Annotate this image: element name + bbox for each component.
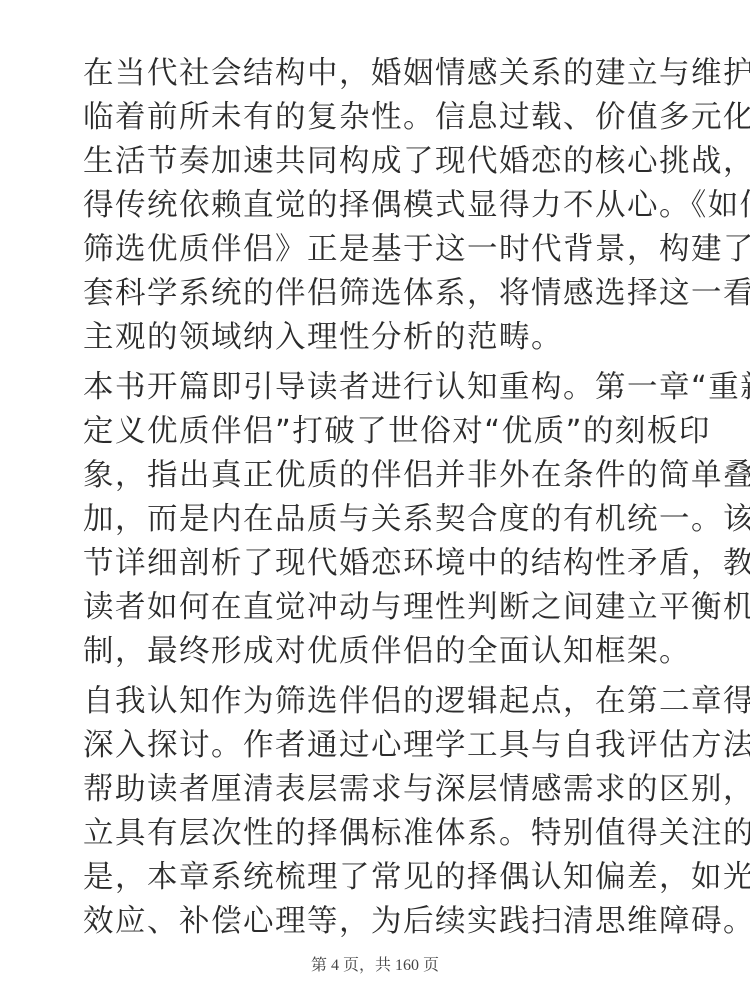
text-line: 生活节奏加速共同构成了现代婚恋的核心挑战，使 bbox=[83, 140, 667, 184]
text-line: 临着前所未有的复杂性。信息过载、价值多元化和 bbox=[83, 96, 667, 140]
text-line: 套科学系统的伴侣筛选体系，将情感选择这一看似 bbox=[83, 272, 667, 316]
text-line: 制，最终形成对优质伴侣的全面认知框架。 bbox=[83, 630, 667, 674]
text-line: 读者如何在直觉冲动与理性判断之间建立平衡机 bbox=[83, 586, 667, 630]
text-line: 筛选优质伴侣》正是基于这一时代背景，构建了一 bbox=[83, 228, 667, 272]
text-line: 定义优质伴侣”打破了世俗对“优质”的刻板印 bbox=[83, 410, 667, 454]
paragraph-3: 自我认知作为筛选伴侣的逻辑起点，在第二章得到 深入探讨。作者通过心理学工具与自我… bbox=[83, 680, 667, 944]
paragraph-1: 在当代社会结构中，婚姻情感关系的建立与维护面 临着前所未有的复杂性。信息过载、价… bbox=[83, 52, 667, 360]
text-line: 节详细剖析了现代婚恋环境中的结构性矛盾，教导 bbox=[83, 542, 667, 586]
text-line: 象，指出真正优质的伴侣并非外在条件的简单叠 bbox=[83, 454, 667, 498]
text-line: 帮助读者厘清表层需求与深层情感需求的区别，建 bbox=[83, 768, 667, 812]
text-line: 本书开篇即引导读者进行认知重构。第一章“重新 bbox=[83, 366, 667, 410]
paragraph-2: 本书开篇即引导读者进行认知重构。第一章“重新 定义优质伴侣”打破了世俗对“优质”… bbox=[83, 366, 667, 674]
page-number-footer: 第 4 页，共 160 页 bbox=[0, 952, 750, 975]
text-line: 在当代社会结构中，婚姻情感关系的建立与维护面 bbox=[83, 52, 667, 96]
text-line: 是，本章系统梳理了常见的择偶认知偏差，如光环 bbox=[83, 856, 667, 900]
text-line: 立具有层次性的择偶标准体系。特别值得关注的 bbox=[83, 812, 667, 856]
text-line: 主观的领域纳入理性分析的范畴。 bbox=[83, 316, 667, 360]
page-body: 在当代社会结构中，婚姻情感关系的建立与维护面 临着前所未有的复杂性。信息过载、价… bbox=[83, 52, 667, 950]
text-line: 自我认知作为筛选伴侣的逻辑起点，在第二章得到 bbox=[83, 680, 667, 724]
text-line: 得传统依赖直觉的择偶模式显得力不从心。《如何 bbox=[83, 184, 667, 228]
text-line: 加，而是内在品质与关系契合度的有机统一。该章 bbox=[83, 498, 667, 542]
text-line: 深入探讨。作者通过心理学工具与自我评估方法， bbox=[83, 724, 667, 768]
text-line: 效应、补偿心理等，为后续实践扫清思维障碍。 bbox=[83, 900, 667, 944]
